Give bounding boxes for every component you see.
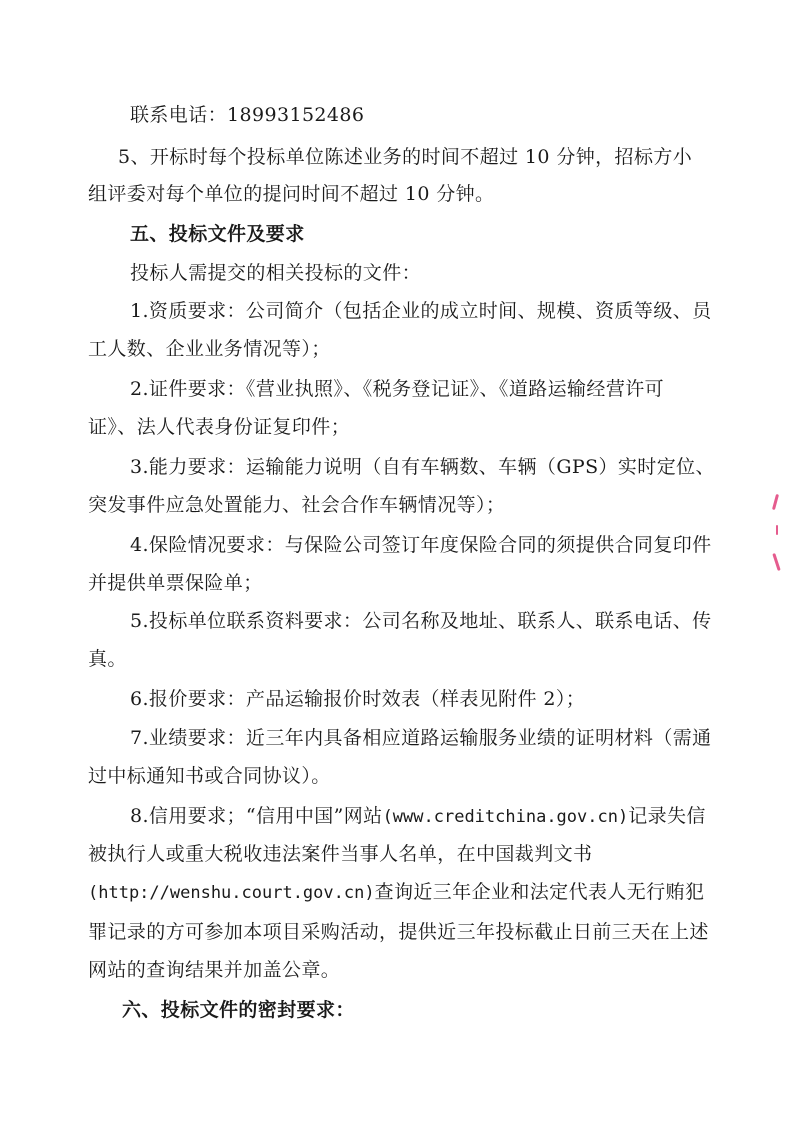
item5-line1: 5、开标时每个投标单位陈述业务的时间不超过 10 分钟，招标方小 <box>118 145 692 169</box>
req7-line2: 过中标通知书或合同协议）。 <box>88 764 331 788</box>
req1-line1: 1.资质要求：公司简介（包括企业的成立时间、规模、资质等级、员 <box>130 299 712 323</box>
req5-line2: 真。 <box>88 647 127 671</box>
req8-line4: 罪记录的方可参加本项目采购活动，提供近三年投标截止日前三天在上述 <box>88 920 709 944</box>
section6-heading: 六、投标文件的密封要求： <box>122 998 355 1022</box>
seal-mark-top <box>772 494 779 510</box>
req2-line2: 证》、法人代表身份证复印件； <box>88 415 350 439</box>
req4-line2: 并提供单票保险单； <box>88 571 263 595</box>
req3-line2: 突发事件应急处置能力、社会合作车辆情况等）； <box>88 493 505 517</box>
seal-mark-bottom <box>772 553 780 571</box>
item5-line2: 组评委对每个单位的提问时间不超过 10 分钟。 <box>88 182 494 206</box>
req5-line1: 5.投标单位联系资料要求：公司名称及地址、联系人、联系电话、传 <box>130 609 712 633</box>
req7-line1: 7.业绩要求：近三年内具备相应道路运输服务业绩的证明材料（需通 <box>130 726 712 750</box>
contact-line: 联系电话：18993152486 <box>130 103 364 127</box>
req8-line2: 被执行人或重大税收违法案件当事人名单，在中国裁判文书 <box>88 842 592 866</box>
section5-intro: 投标人需提交的相关投标的文件： <box>130 261 421 285</box>
req1-line2: 工人数、企业业务情况等）； <box>88 337 331 361</box>
req8-line3: (http://wenshu.court.gov.cn)查询近三年企业和法定代表… <box>88 880 704 905</box>
req8-line3-text: 查询近三年企业和法定代表人无行贿犯 <box>375 881 705 903</box>
req8-text: 8.信用要求；“信用中国”网站 <box>130 805 383 827</box>
req8-text-post: 记录失信 <box>628 805 706 827</box>
req3-line1: 3.能力要求：运输能力说明（自有车辆数、车辆（GPS）实时定位、 <box>130 455 715 479</box>
wenshu-url: (http://wenshu.court.gov.cn) <box>88 883 375 903</box>
contact-phone: 18993152486 <box>227 104 364 126</box>
seal-mark-middle <box>776 525 778 535</box>
req2-line1: 2.证件要求：《营业执照》、《税务登记证》、《道路运输经营许可 <box>130 377 664 401</box>
req4-line1: 4.保险情况要求：与保险公司签订年度保险合同的须提供合同复印件 <box>130 533 712 557</box>
req8-line1: 8.信用要求；“信用中国”网站(www.creditchina.gov.cn)记… <box>130 804 706 829</box>
section5-heading: 五、投标文件及要求 <box>130 222 305 246</box>
creditchina-url: (www.creditchina.gov.cn) <box>383 807 629 827</box>
contact-label: 联系电话： <box>130 104 227 126</box>
req6-line1: 6.报价要求：产品运输报价时效表（样表见附件 2）； <box>130 687 585 711</box>
req8-line5: 网站的查询结果并加盖公章。 <box>88 958 340 982</box>
